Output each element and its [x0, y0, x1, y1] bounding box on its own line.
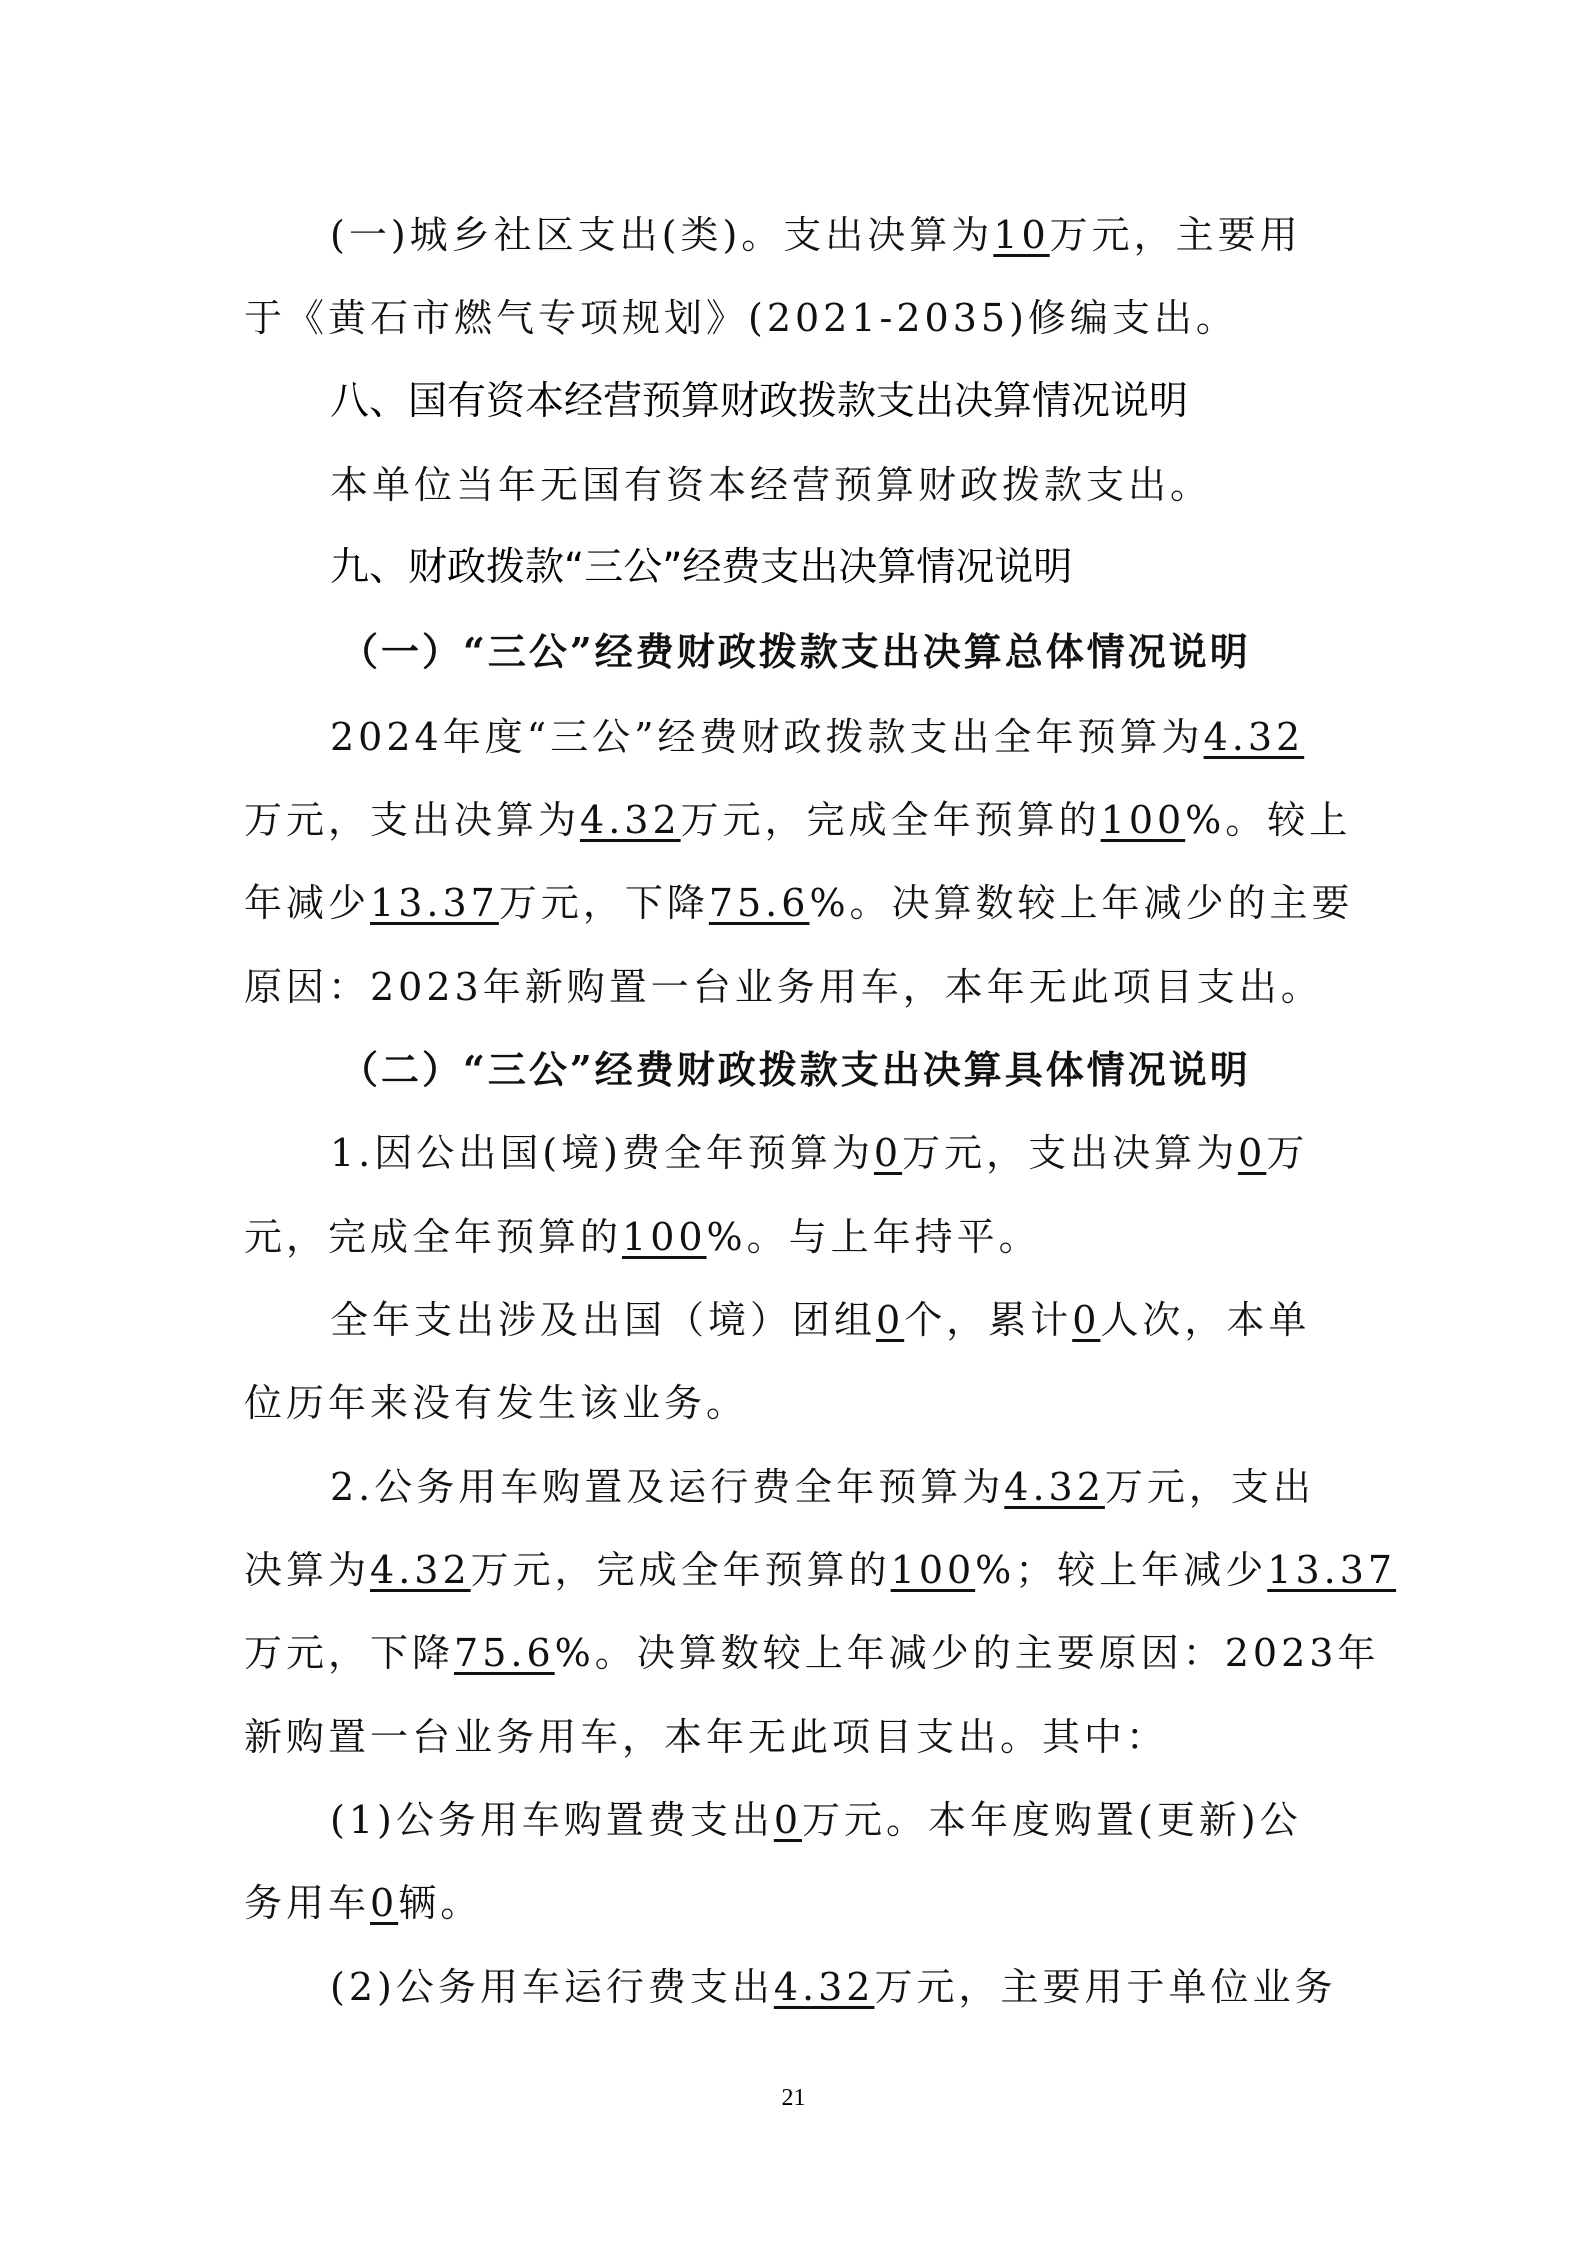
text: %。决算数较上年减少的主要原因：2023年	[555, 1631, 1380, 1675]
section-heading-9: 九、财政拨款“三公”经费支出决算情况说明	[330, 538, 1344, 598]
paragraph-vehicle-line2: 决算为4.32万元，完成全年预算的100%；较上年减少13.37	[244, 1540, 1344, 1600]
decrease-amount: 13.37	[1267, 1548, 1396, 1592]
paragraph-urban-rural-spending-line1: (一)城乡社区支出(类)。支出决算为10万元，主要用	[330, 205, 1344, 265]
text: 万元。本年度购置(更新)公	[802, 1798, 1302, 1842]
document-page: (一)城乡社区支出(类)。支出决算为10万元，主要用 于《黄石市燃气专项规划》(…	[0, 0, 1587, 2245]
text: 万元，支出决算为	[902, 1131, 1238, 1175]
text: 于《黄石市燃气专项规划》(2021-2035)修编支出。	[244, 296, 1238, 340]
paragraph-overseas-line1: 1.因公出国(境)费全年预算为0万元，支出决算为0万	[330, 1123, 1344, 1183]
text: 全年支出涉及出国（境）团组	[330, 1298, 876, 1342]
paragraph-no-state-capital-spending: 本单位当年无国有资本经营预算财政拨款支出。	[330, 455, 1344, 515]
text: 人次，本单	[1100, 1298, 1310, 1342]
text: 万元，下降	[499, 881, 709, 925]
text: 2024年度“三公”经费财政拨款支出全年预算为	[330, 715, 1204, 759]
purchase-amount: 0	[774, 1798, 802, 1842]
text: %。较上	[1185, 798, 1351, 842]
paragraph-overall-line4: 原因：2023年新购置一台业务用车，本年无此项目支出。	[244, 957, 1344, 1017]
text: (1)公务用车购置费支出	[330, 1798, 774, 1842]
completion-percent: 100	[1101, 798, 1186, 842]
completion-percent: 100	[891, 1548, 976, 1592]
text: 年减少	[244, 881, 370, 925]
page-number: 21	[0, 2085, 1587, 2112]
paragraph-overall-line2: 万元，支出决算为4.32万元，完成全年预算的100%。较上	[244, 790, 1344, 850]
text: %；较上年减少	[975, 1548, 1267, 1592]
text: 万元，支出决算为	[244, 798, 580, 842]
text: 务用车	[244, 1881, 370, 1925]
text: (一)城乡社区支出(类)。支出决算为	[330, 213, 993, 257]
section-heading-8: 八、国有资本经营预算财政拨款支出决算情况说明	[330, 372, 1344, 432]
text: %。与上年持平。	[707, 1215, 1041, 1259]
text: 2.公务用车购置及运行费全年预算为	[330, 1465, 1004, 1509]
text: 决算为	[244, 1548, 370, 1592]
text: 万元，下降	[244, 1631, 454, 1675]
subheading-text: （一）“三公”经费财政拨款支出决算总体情况说明	[340, 629, 1251, 674]
actual-value: 0	[1238, 1131, 1266, 1175]
amount-value: 10	[993, 213, 1049, 257]
text: 元，完成全年预算的	[244, 1215, 622, 1259]
heading-text: 八、国有资本经营预算财政拨款支出决算情况说明	[330, 379, 1188, 424]
paragraph-vehicle-line1: 2.公务用车购置及运行费全年预算为4.32万元，支出	[330, 1457, 1344, 1517]
text: %。决算数较上年减少的主要	[809, 881, 1353, 925]
paragraph-overseas-line2: 元，完成全年预算的100%。与上年持平。	[244, 1207, 1344, 1267]
group-count: 0	[876, 1298, 904, 1342]
paragraph-vehicle-line4: 新购置一台业务用车，本年无此项目支出。其中：	[244, 1707, 1344, 1767]
paragraph-overseas-groups-line2: 位历年来没有发生该业务。	[244, 1373, 1344, 1433]
text: 1.因公出国(境)费全年预算为	[330, 1131, 874, 1175]
completion-percent: 100	[622, 1215, 707, 1259]
subheading-overall: （一）“三公”经费财政拨款支出决算总体情况说明	[340, 622, 1440, 682]
text: (2)公务用车运行费支出	[330, 1965, 774, 2009]
paragraph-urban-rural-spending-line2: 于《黄石市燃气专项规划》(2021-2035)修编支出。	[244, 288, 1344, 348]
heading-text: 九、财政拨款“三公”经费支出决算情况说明	[330, 545, 1072, 590]
paragraph-vehicle-operation-line1: (2)公务用车运行费支出4.32万元，主要用于单位业务	[330, 1957, 1344, 2017]
text: 辆。	[398, 1881, 482, 1925]
text: 个，累计	[904, 1298, 1072, 1342]
actual-value: 4.32	[370, 1548, 471, 1592]
budget-value: 0	[874, 1131, 902, 1175]
text: 万元，完成全年预算的	[681, 798, 1101, 842]
text: 万元，支出	[1105, 1465, 1315, 1509]
text: 万元，主要用	[1050, 213, 1302, 257]
paragraph-overseas-groups-line1: 全年支出涉及出国（境）团组0个，累计0人次，本单	[330, 1290, 1344, 1350]
text: 位历年来没有发生该业务。	[244, 1381, 748, 1425]
actual-value: 4.32	[580, 798, 681, 842]
text: 新购置一台业务用车，本年无此项目支出。其中：	[244, 1715, 1168, 1759]
paragraph-vehicle-purchase-line1: (1)公务用车购置费支出0万元。本年度购置(更新)公	[330, 1790, 1344, 1850]
paragraph-overall-line1: 2024年度“三公”经费财政拨款支出全年预算为4.32	[330, 707, 1344, 767]
text: 本单位当年无国有资本经营预算财政拨款支出。	[330, 463, 1212, 507]
paragraph-overall-line3: 年减少13.37万元，下降75.6%。决算数较上年减少的主要	[244, 873, 1344, 933]
subheading-text: （二）“三公”经费财政拨款支出决算具体情况说明	[340, 1047, 1251, 1092]
person-count: 0	[1072, 1298, 1100, 1342]
decrease-percent: 75.6	[709, 881, 810, 925]
budget-value: 4.32	[1004, 1465, 1105, 1509]
text: 原因：2023年新购置一台业务用车，本年无此项目支出。	[244, 965, 1323, 1009]
decrease-percent: 75.6	[454, 1631, 555, 1675]
text: 万元，主要用于单位业务	[874, 1965, 1336, 2009]
subheading-specific: （二）“三公”经费财政拨款支出决算具体情况说明	[340, 1040, 1440, 1100]
paragraph-vehicle-purchase-line2: 务用车0辆。	[244, 1873, 1344, 1933]
budget-value: 4.32	[1204, 715, 1305, 759]
decrease-amount: 13.37	[370, 881, 499, 925]
text: 万元，完成全年预算的	[471, 1548, 891, 1592]
text: 万	[1266, 1131, 1308, 1175]
paragraph-vehicle-line3: 万元，下降75.6%。决算数较上年减少的主要原因：2023年	[244, 1623, 1344, 1683]
operation-amount: 4.32	[774, 1965, 875, 2009]
vehicle-count: 0	[370, 1881, 398, 1925]
